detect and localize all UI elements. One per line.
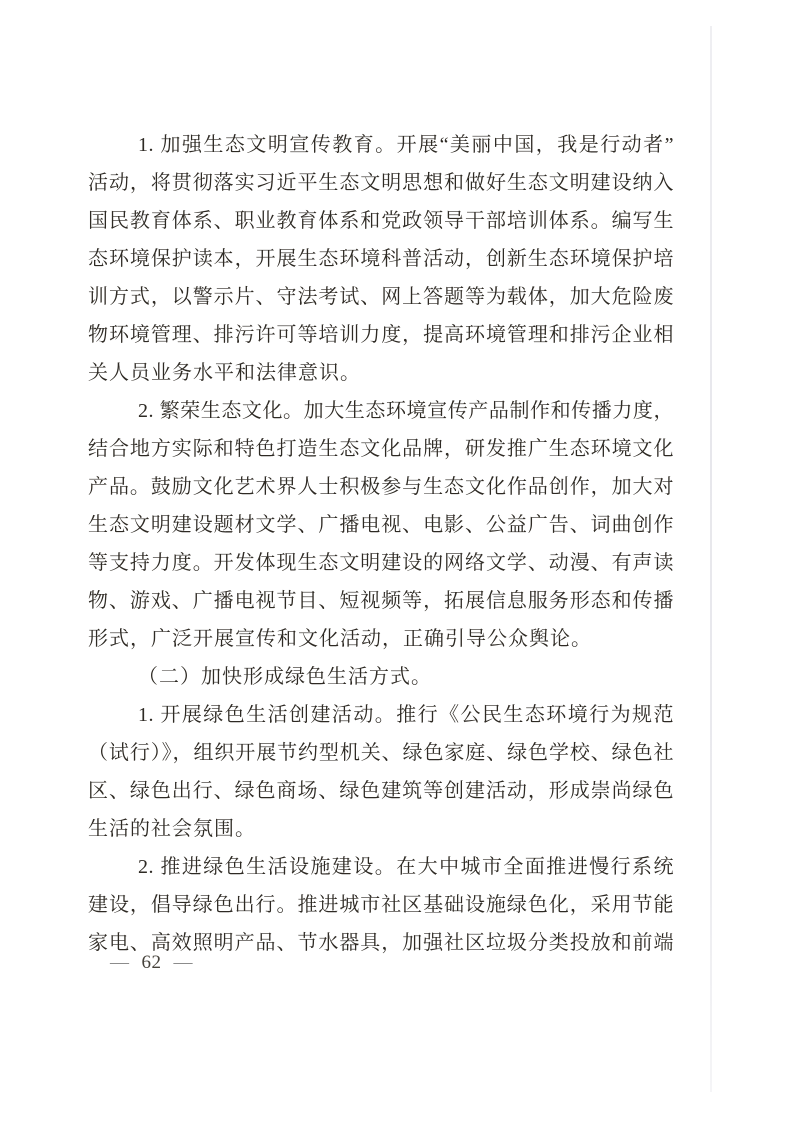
doc-line: 关人员业务水平和法律意识。: [88, 354, 674, 392]
doc-line: 1. 加强生态文明宣传教育。开展“美丽中国，我是行动者”: [88, 126, 674, 164]
doc-line: 产品。鼓励文化艺术界人士积极参与生态文化作品创作，加大对: [88, 468, 674, 506]
doc-line: 国民教育体系、职业教育体系和党政领导干部培训体系。编写生: [88, 202, 674, 240]
doc-line: 训方式，以警示片、守法考试、网上答题等为载体，加大危险废: [88, 278, 674, 316]
scan-artifact-line: [710, 26, 712, 1092]
page-number-value: 62: [142, 952, 162, 973]
doc-line: 2. 推进绿色生活设施建设。在大中城市全面推进慢行系统: [88, 848, 674, 886]
document-body: 1. 加强生态文明宣传教育。开展“美丽中国，我是行动者” 活动，将贯彻落实习近平…: [88, 126, 674, 962]
doc-line: （二）加快形成绿色生活方式。: [88, 658, 674, 696]
doc-line: 形式，广泛开展宣传和文化活动，正确引导公众舆论。: [88, 620, 674, 658]
doc-line: 态环境保护读本，开展生态环境科普活动，创新生态环境保护培: [88, 240, 674, 278]
doc-line: 区、绿色出行、绿色商场、绿色建筑等创建活动，形成崇尚绿色: [88, 772, 674, 810]
doc-line: 2. 繁荣生态文化。加大生态环境宣传产品制作和传播力度，: [88, 392, 674, 430]
doc-line: 等支持力度。开发体现生态文明建设的网络文学、动漫、有声读: [88, 544, 674, 582]
page-number-dash-right: —: [174, 952, 194, 973]
doc-line: 生态文明建设题材文学、广播电视、电影、公益广告、词曲创作: [88, 506, 674, 544]
doc-line: 物环境管理、排污许可等培训力度，提高环境管理和排污企业相: [88, 316, 674, 354]
doc-line: （试行）》，组织开展节约型机关、绿色家庭、绿色学校、绿色社: [88, 734, 674, 772]
document-page: 1. 加强生态文明宣传教育。开展“美丽中国，我是行动者” 活动，将贯彻落实习近平…: [0, 0, 790, 1124]
doc-line: 活动，将贯彻落实习近平生态文明思想和做好生态文明建设纳入: [88, 164, 674, 202]
page-number: —62—: [110, 952, 193, 974]
doc-line: 生活的社会氛围。: [88, 810, 674, 848]
doc-line: 物、游戏、广播电视节目、短视频等，拓展信息服务形态和传播: [88, 582, 674, 620]
doc-line: 1. 开展绿色生活创建活动。推行《公民生态环境行为规范: [88, 696, 674, 734]
doc-line: 结合地方实际和特色打造生态文化品牌，研发推广生态环境文化: [88, 430, 674, 468]
doc-line: 建设，倡导绿色出行。推进城市社区基础设施绿色化，采用节能: [88, 886, 674, 924]
page-number-dash-left: —: [110, 952, 130, 973]
